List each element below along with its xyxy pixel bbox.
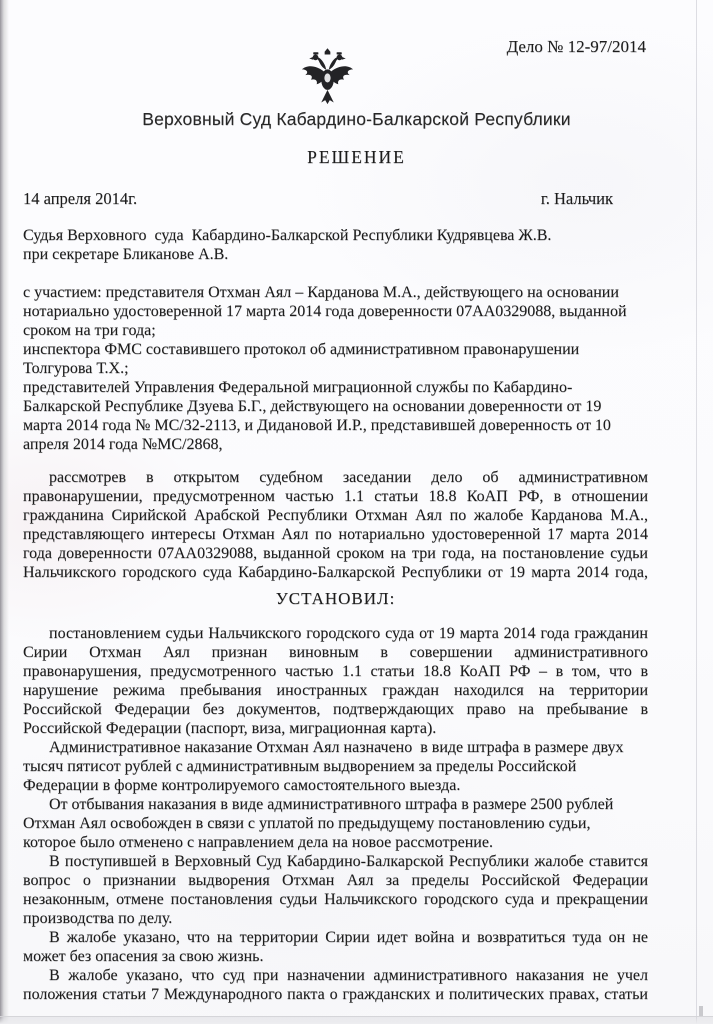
document-line: Федерации в форме контролируемого самост… bbox=[23, 776, 648, 795]
document-line: постановлением судьи Нальчикского городс… bbox=[23, 624, 648, 643]
document-line: В жалобе указано, что суд при назначении… bbox=[23, 966, 648, 985]
document-line: может без опасения за свою жизнь. bbox=[23, 947, 648, 966]
established-heading: УСТАНОВИЛ: bbox=[23, 589, 648, 608]
document-title: РЕШЕНИЕ bbox=[0, 147, 713, 168]
document-line: правонарушения, предусмотренного частью … bbox=[23, 662, 648, 681]
document-line: Российской Федерации без документов, под… bbox=[23, 700, 648, 719]
document-line: От отбывания наказания в виде администра… bbox=[23, 795, 648, 814]
document-line: Балкарской Республике Дзуева Б.Г., дейст… bbox=[23, 397, 648, 416]
document-line: рассмотрев в открытом судебном заседании… bbox=[23, 468, 648, 487]
document-line: сроком на три года; bbox=[23, 321, 648, 340]
court-name: Верховный Суд Кабардино-Балкарской Респу… bbox=[0, 109, 713, 130]
document-line: незаконным, отмене постановления судьи Н… bbox=[23, 890, 648, 909]
document-line: положения статьи 7 Международного пакта … bbox=[23, 985, 648, 1004]
decision-city: г. Нальчик bbox=[541, 189, 613, 209]
scan-edge-bottom bbox=[0, 1016, 713, 1024]
case-number: Дело № 12-97/2014 bbox=[507, 37, 646, 57]
document-line: правонарушении, предусмотренном частью 1… bbox=[23, 487, 648, 506]
document-line: марта 2014 года № МС/32-2113, и Диданово… bbox=[23, 416, 648, 435]
document-line: Отхман Аял освобожден в связи с уплатой … bbox=[23, 814, 648, 833]
document-line: В жалобе указано, что на территории Сири… bbox=[23, 928, 648, 947]
document-line: инспектора ФМС составившего протокол об … bbox=[23, 340, 648, 359]
document-line: Нальчикского городского суда Кабардино-Б… bbox=[23, 563, 648, 582]
date-city-row: 14 апреля 2014г. г. Нальчик bbox=[23, 189, 613, 209]
findings-paragraph-4: В поступившей в Верховный Суд Кабардино-… bbox=[23, 852, 648, 928]
document-line: нарушение режима пребывания иностранных … bbox=[23, 681, 648, 700]
document-line: производства по делу. bbox=[23, 909, 648, 928]
findings-paragraph-5: В жалобе указано, что на территории Сири… bbox=[23, 928, 648, 966]
document-line: года доверенности 07АА0329088, выданной … bbox=[23, 544, 648, 563]
document-line: тысяч пятисот рублей с административным … bbox=[23, 757, 648, 776]
findings-paragraph-1: постановлением судьи Нальчикского городс… bbox=[23, 624, 648, 738]
document-line: представляющего интересы Отхман Аял по н… bbox=[23, 525, 648, 544]
document-line: Административное наказание Отхман Аял на… bbox=[23, 738, 648, 757]
document-line: Судья Верховного суда Кабардино-Балкарск… bbox=[23, 226, 648, 245]
findings-paragraph-6: В жалобе указано, что суд при назначении… bbox=[23, 966, 648, 1004]
scan-artifact-mark bbox=[699, 1006, 703, 1016]
document-line: Сирии Отхман Аял признан виновным в сове… bbox=[23, 643, 648, 662]
document-line: которое было отменено с направлением дел… bbox=[23, 833, 648, 852]
document-line: апреля 2014 года №МС/2868, bbox=[23, 435, 648, 454]
document-line: Толгурова Т.Х.; bbox=[23, 359, 648, 378]
document-line: Российской Федерации (паспорт, виза, миг… bbox=[23, 719, 648, 738]
document-line: В поступившей в Верховный Суд Кабардино-… bbox=[23, 852, 648, 871]
scanned-court-decision-page: Дело № 12-97/2014 Верховный Суд Кабардин… bbox=[0, 0, 713, 1024]
document-line: гражданина Сирийской Арабской Республики… bbox=[23, 506, 648, 525]
coat-of-arms-icon bbox=[299, 47, 356, 110]
case-review-paragraph: рассмотрев в открытом судебном заседании… bbox=[23, 468, 648, 582]
judge-paragraph: Судья Верховного суда Кабардино-Балкарск… bbox=[23, 226, 648, 264]
document-line: вопрос о признании выдворения Отхман Аял… bbox=[23, 871, 648, 890]
participants-paragraph: с участием: представителя Отхман Аял – К… bbox=[23, 283, 648, 454]
document-line: представителей Управления Федеральной ми… bbox=[23, 378, 648, 397]
findings-paragraph-2: Административное наказание Отхман Аял на… bbox=[23, 738, 648, 795]
findings-paragraph-3: От отбывания наказания в виде администра… bbox=[23, 795, 648, 852]
document-line: нотариально удостоверенной 17 марта 2014… bbox=[23, 302, 648, 321]
document-body: Судья Верховного суда Кабардино-Балкарск… bbox=[23, 226, 648, 1004]
document-line: при секретаре Бликанове А.В. bbox=[23, 245, 648, 264]
document-line: с участием: представителя Отхман Аял – К… bbox=[23, 283, 648, 302]
decision-date: 14 апреля 2014г. bbox=[23, 189, 137, 209]
